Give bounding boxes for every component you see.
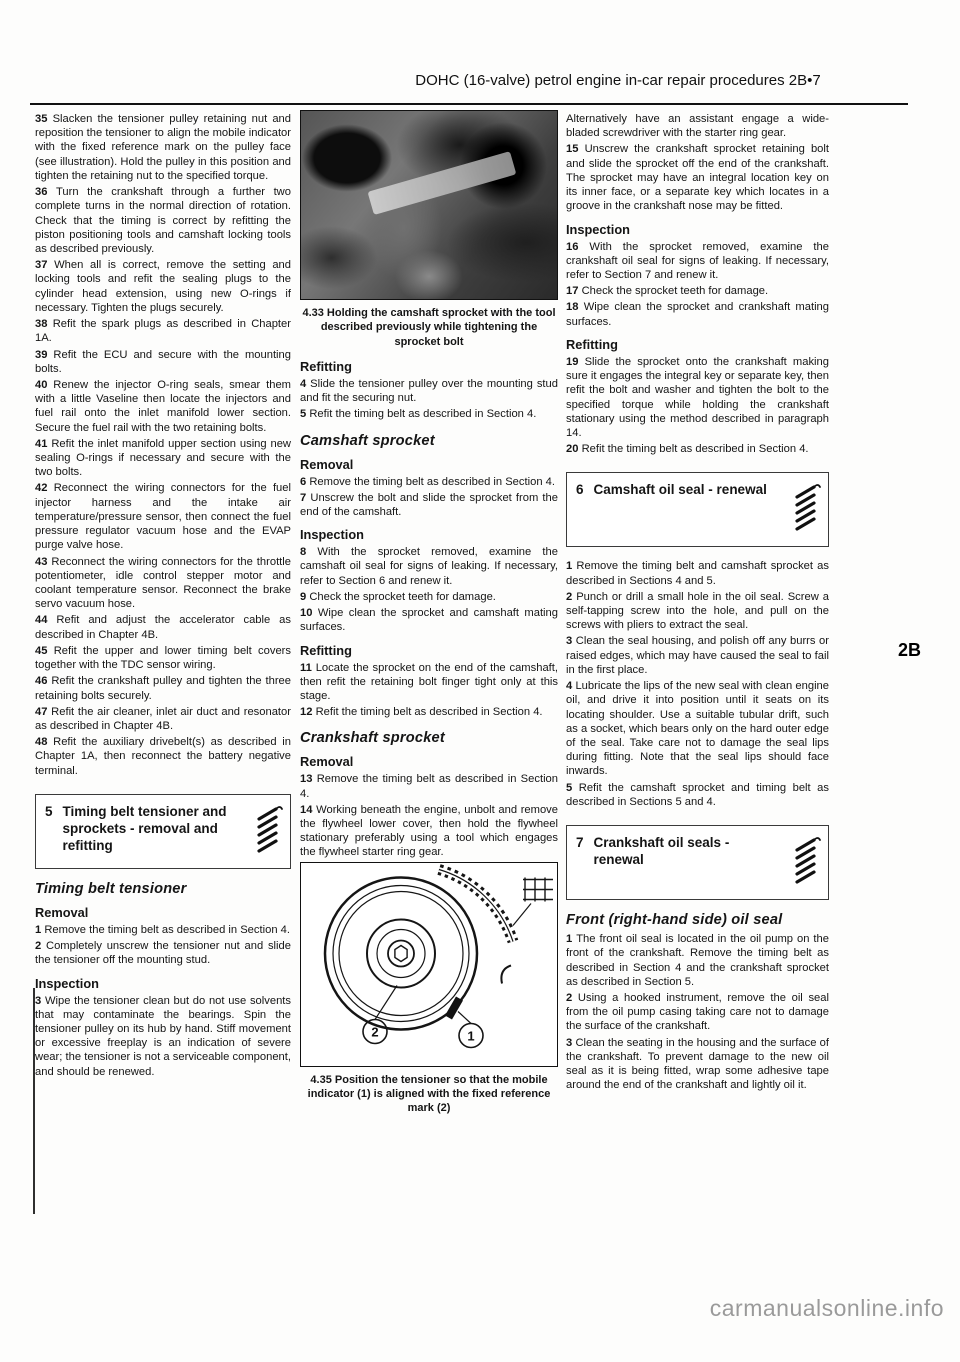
paragraph: 20 Refit the timing belt as described in… <box>566 442 829 456</box>
paragraph: 6 Remove the timing belt as described in… <box>300 475 558 489</box>
paragraph: 46 Refit the crankshaft pulley and tight… <box>35 674 291 702</box>
paragraph: 1 The front oil seal is located in the o… <box>566 932 829 989</box>
section-heading-box: 7Crankshaft oil seals - renewal <box>566 825 829 900</box>
figure-caption: 4.35 Position the tensioner so that the … <box>302 1073 556 1116</box>
spanner-difficulty-icon <box>793 835 821 890</box>
figure-caption: 4.33 Holding the camshaft sprocket with … <box>302 306 556 349</box>
paragraph: 48 Refit the auxiliary drivebelt(s) as d… <box>35 735 291 778</box>
section-subtitle: Timing belt tensioner <box>35 881 291 897</box>
section-number: 7 <box>576 835 584 850</box>
section-subtitle: Crankshaft sprocket <box>300 730 558 746</box>
subheading: Inspection <box>35 976 291 991</box>
paragraph: 4 Slide the tensioner pulley over the mo… <box>300 377 558 405</box>
paragraph-number: 7 <box>300 492 310 504</box>
paragraph-number: 2 <box>35 940 46 952</box>
paragraph-number: 1 <box>35 924 44 936</box>
paragraph-number: 9 <box>300 591 309 603</box>
manual-page: DOHC (16-valve) petrol engine in-car rep… <box>0 0 960 1362</box>
paragraph-number: 48 <box>35 736 53 748</box>
middle-column: 4.33 Holding the camshaft sprocket with … <box>300 110 558 1126</box>
left-column: 35 Slacken the tensioner pulley retainin… <box>35 112 291 1081</box>
paragraph-number: 44 <box>35 614 56 626</box>
paragraph: 13 Remove the timing belt as described i… <box>300 772 558 800</box>
paragraph: 39 Refit the ECU and secure with the mou… <box>35 348 291 376</box>
section-heading-box: 6Camshaft oil seal - renewal <box>566 472 829 547</box>
paragraph: 4 Lubricate the lips of the new seal wit… <box>566 679 829 779</box>
paragraph-number: 12 <box>300 706 316 718</box>
header-rule <box>30 103 908 105</box>
paragraph-number: 11 <box>300 662 316 674</box>
paragraph-number: 42 <box>35 482 54 494</box>
paragraph-number: 4 <box>300 378 310 390</box>
paragraph: 7 Unscrew the bolt and slide the sprocke… <box>300 491 558 519</box>
chapter-tab: 2B <box>898 640 921 661</box>
paragraph-number: 20 <box>566 443 582 455</box>
subheading: Refitting <box>566 337 829 352</box>
paragraph-number: 19 <box>566 356 585 368</box>
paragraph-number: 10 <box>300 607 318 619</box>
paragraph-number: 45 <box>35 645 54 657</box>
paragraph-number: 41 <box>35 438 51 450</box>
subheading: Inspection <box>566 222 829 237</box>
paragraph-number: 15 <box>566 143 585 155</box>
section-title: Camshaft oil seal - renewal <box>594 482 783 499</box>
scan-artifact-line <box>33 988 35 1214</box>
paragraph-number: 3 <box>566 1037 575 1049</box>
subheading: Inspection <box>300 527 558 542</box>
section-title: Timing belt tensioner and sprockets - re… <box>63 804 245 855</box>
paragraph-number: 47 <box>35 706 51 718</box>
paragraph: 3 Clean the seal housing, and polish off… <box>566 634 829 677</box>
paragraph-number: 5 <box>566 782 579 794</box>
callout-1: 1 <box>467 1028 474 1043</box>
paragraph: 43 Reconnect the wiring connectors for t… <box>35 555 291 612</box>
paragraph-number: 1 <box>566 933 576 945</box>
paragraph: 45 Refit the upper and lower timing belt… <box>35 644 291 672</box>
paragraph: 44 Refit and adjust the accelerator cabl… <box>35 613 291 641</box>
paragraph: 5 Refit the camshaft sprocket and timing… <box>566 781 829 809</box>
paragraph: 40 Renew the injector O-ring seals, smea… <box>35 378 291 435</box>
section-number: 6 <box>576 482 584 497</box>
paragraph: 2 Completely unscrew the tensioner nut a… <box>35 939 291 967</box>
paragraph-number: 3 <box>566 635 576 647</box>
paragraph-number: 13 <box>300 773 317 785</box>
paragraph: 3 Wipe the tensioner clean but do not us… <box>35 994 291 1079</box>
paragraph-number: 46 <box>35 675 51 687</box>
paragraph: 17 Check the sprocket teeth for damage. <box>566 284 829 298</box>
right-column: Alternatively have an assistant engage a… <box>566 112 829 1095</box>
paragraph: 3 Clean the seating in the housing and t… <box>566 1036 829 1093</box>
paragraph-number: 35 <box>35 113 53 125</box>
paragraph-number: 43 <box>35 556 51 568</box>
paragraph-number: 3 <box>35 995 45 1007</box>
tensioner-drawing: 2 1 <box>301 863 557 1066</box>
paragraph-number: 5 <box>300 408 309 420</box>
paragraph-number: 38 <box>35 318 53 330</box>
paragraph: 15 Unscrew the crankshaft sprocket retai… <box>566 142 829 213</box>
section-number: 5 <box>45 804 53 819</box>
paragraph: 2 Using a hooked instrument, remove the … <box>566 991 829 1034</box>
paragraph-number: 4 <box>566 680 575 692</box>
section-title: Crankshaft oil seals - renewal <box>594 835 783 869</box>
paragraph: 35 Slacken the tensioner pulley retainin… <box>35 112 291 183</box>
paragraph: 42 Reconnect the wiring connectors for t… <box>35 481 291 552</box>
paragraph-number: 39 <box>35 349 53 361</box>
paragraph: Alternatively have an assistant engage a… <box>566 112 829 140</box>
paragraph-number: 17 <box>566 285 582 297</box>
paragraph: 18 Wipe clean the sprocket and crankshaf… <box>566 300 829 328</box>
paragraph-number: 2 <box>566 591 576 603</box>
figure-4-35: 2 1 <box>300 862 558 1067</box>
callout-2: 2 <box>371 1024 378 1039</box>
paragraph: 47 Refit the air cleaner, inlet air duct… <box>35 705 291 733</box>
spanner-difficulty-icon <box>255 804 283 859</box>
page-header: DOHC (16-valve) petrol engine in-car rep… <box>330 72 906 89</box>
subheading: Removal <box>300 754 558 769</box>
paragraph: 36 Turn the crankshaft through a further… <box>35 185 291 256</box>
paragraph-number: 36 <box>35 186 56 198</box>
subheading: Removal <box>35 905 291 920</box>
paragraph: 1 Remove the timing belt as described in… <box>35 923 291 937</box>
paragraph: 41 Refit the inlet manifold upper sectio… <box>35 437 291 480</box>
paragraph: 37 When all is correct, remove the setti… <box>35 258 291 315</box>
paragraph-number: 1 <box>566 560 576 572</box>
photo-4-33 <box>300 110 558 300</box>
paragraph: 2 Punch or drill a small hole in the oil… <box>566 590 829 633</box>
subheading: Refitting <box>300 643 558 658</box>
watermark: carmanualsonline.info <box>608 1295 944 1322</box>
paragraph: 11 Locate the sprocket on the end of the… <box>300 661 558 704</box>
paragraph-number: 14 <box>300 804 316 816</box>
paragraph: 12 Refit the timing belt as described in… <box>300 705 558 719</box>
paragraph: 9 Check the sprocket teeth for damage. <box>300 590 558 604</box>
paragraph-number: 18 <box>566 301 584 313</box>
paragraph: 38 Refit the spark plugs as described in… <box>35 317 291 345</box>
paragraph-number: 2 <box>566 992 578 1004</box>
paragraph: 16 With the sprocket removed, examine th… <box>566 240 829 283</box>
paragraph: 5 Refit the timing belt as described in … <box>300 407 558 421</box>
section-subtitle: Front (right-hand side) oil seal <box>566 912 829 928</box>
paragraph-number: 37 <box>35 259 54 271</box>
subheading: Refitting <box>300 359 558 374</box>
paragraph: 8 With the sprocket removed, examine the… <box>300 545 558 588</box>
paragraph: 1 Remove the timing belt and camshaft sp… <box>566 559 829 587</box>
paragraph: 10 Wipe clean the sprocket and camshaft … <box>300 606 558 634</box>
section-heading-box: 5Timing belt tensioner and sprockets - r… <box>35 794 291 869</box>
paragraph: 19 Slide the sprocket onto the crankshaf… <box>566 355 829 440</box>
section-subtitle: Camshaft sprocket <box>300 433 558 449</box>
paragraph-number: 16 <box>566 241 589 253</box>
paragraph-number: 6 <box>300 476 309 488</box>
subheading: Removal <box>300 457 558 472</box>
paragraph-number: 8 <box>300 546 317 558</box>
paragraph: 14 Working beneath the engine, unbolt an… <box>300 803 558 860</box>
spanner-difficulty-icon <box>793 482 821 537</box>
paragraph-number: 40 <box>35 379 53 391</box>
